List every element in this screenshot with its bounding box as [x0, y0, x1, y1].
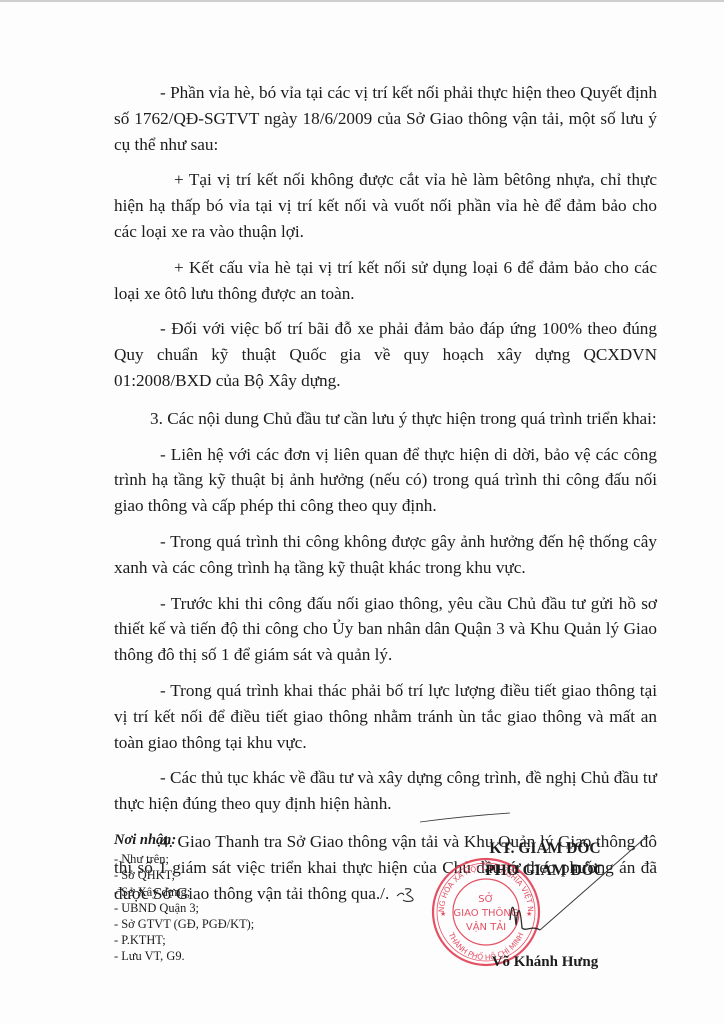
svg-text:VẬN TẢI: VẬN TẢI — [466, 919, 506, 933]
paragraph-sidewalk: - Phần vỉa hè, bó vỉa tại các vị trí kết… — [114, 80, 657, 157]
recipient-item: - UBND Quận 3; — [114, 900, 254, 916]
recipient-item: - Lưu VT, G9. — [114, 948, 254, 964]
scan-edge — [0, 0, 724, 2]
paragraph-traffic-control: - Trong quá trình khai thác phải bố trí … — [114, 678, 657, 755]
recipient-item: - Sở Xây dựng; — [114, 884, 254, 900]
signature-block: KT. GIÁM ĐỐC PHÓ GIÁM ĐỐC Võ Khánh Hưng — [430, 838, 660, 882]
signer-name: Võ Khánh Hưng — [430, 951, 660, 973]
recipient-item: - P.KTHT; — [114, 932, 254, 948]
recipients-title: Nơi nhận: — [114, 832, 254, 848]
document-page: - Phần vỉa hè, bó vỉa tại các vị trí kết… — [0, 0, 724, 1024]
paragraph-sidewalk-cut: + Tại vị trí kết nối không được cắt vỉa … — [114, 167, 657, 244]
signature-title-2: PHÓ GIÁM ĐỐC — [430, 860, 660, 882]
paragraph-parking: - Đối với việc bố trí bãi đỗ xe phải đảm… — [114, 316, 657, 393]
paragraph-procedures: - Các thủ tục khác về đầu tư và xây dựng… — [114, 765, 657, 817]
recipients-block: Nơi nhận: - Như trên; - Sở QHKT; - Sở Xâ… — [114, 832, 254, 965]
svg-text:★: ★ — [440, 910, 446, 918]
signature-title-1: KT. GIÁM ĐỐC — [430, 838, 660, 860]
document-body: - Phần vỉa hè, bó vỉa tại các vị trí kết… — [114, 80, 657, 916]
paragraph-sidewalk-structure: + Kết cấu vỉa hè tại vị trí kết nối sử d… — [114, 255, 657, 307]
svg-text:GIAO THÔNG: GIAO THÔNG — [453, 906, 518, 919]
recipient-item: - Sở QHKT; — [114, 867, 254, 883]
paragraph-submit-design: - Trước khi thi công đấu nối giao thông,… — [114, 591, 657, 668]
initial-mark-icon — [395, 887, 419, 903]
section-3-heading: 3. Các nội dung Chủ đầu tư cần lưu ý thự… — [114, 406, 657, 432]
recipient-item: - Sở GTVT (GĐ, PGĐ/KT); — [114, 916, 254, 932]
svg-text:SỞ: SỞ — [478, 891, 493, 905]
paragraph-relocation: - Liên hệ với các đơn vị liên quan để th… — [114, 442, 657, 519]
svg-text:★: ★ — [526, 910, 532, 918]
paragraph-trees: - Trong quá trình thi công không được gâ… — [114, 529, 657, 581]
recipient-item: - Như trên; — [114, 851, 254, 867]
